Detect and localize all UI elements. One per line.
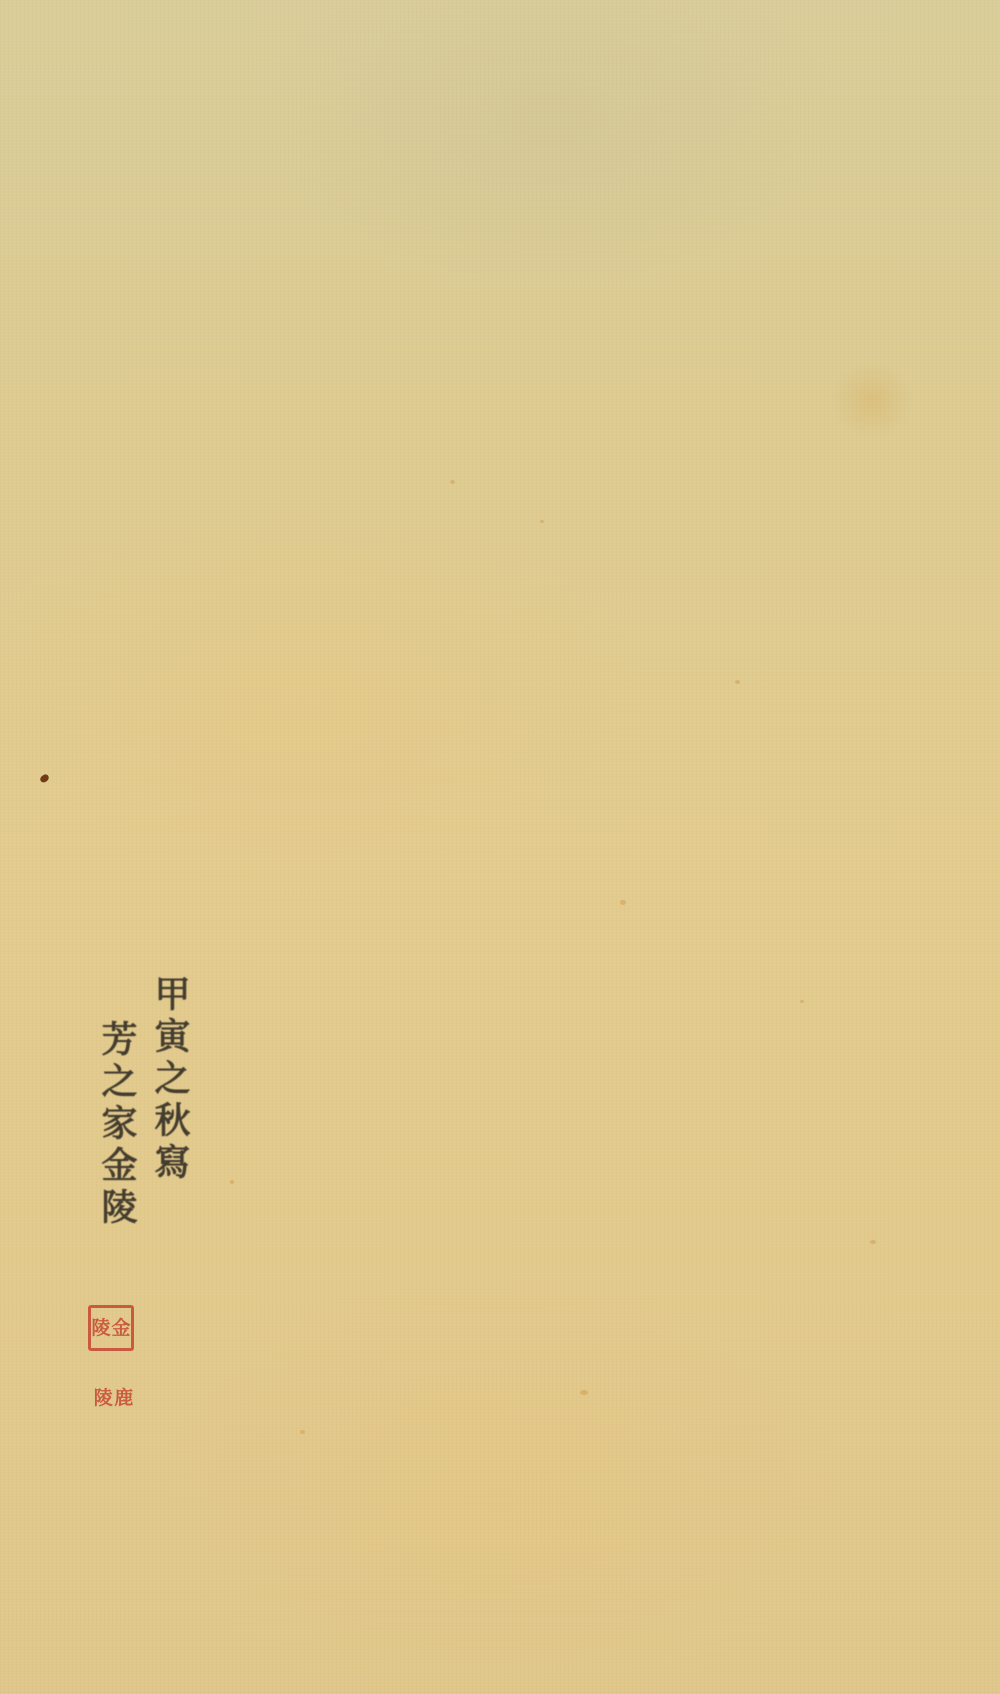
foxing-spot — [620, 900, 626, 905]
foxing-spot — [580, 1390, 588, 1395]
artist-seal-upper: 陵 金 — [88, 1305, 134, 1351]
foxing-spot — [800, 1000, 804, 1003]
foxing-spot — [735, 680, 740, 684]
foxing-spot — [230, 1180, 234, 1184]
foxing-spot — [450, 480, 455, 484]
foxing-spot — [300, 1430, 305, 1434]
seal-character: 陵 — [91, 1318, 110, 1338]
artist-seal-lower: 陵 鹿 — [90, 1375, 137, 1421]
seal-character: 陵 — [94, 1388, 113, 1408]
inscription-column-right: 甲寅之秋寫 — [150, 975, 190, 1185]
silk-scroll-surface: 甲寅之秋寫 芳之家金陵 陵 金 陵 鹿 — [0, 0, 1000, 1694]
silk-weave-texture — [0, 0, 1000, 1694]
seal-character: 鹿 — [114, 1388, 133, 1408]
foxing-spot — [540, 520, 544, 523]
foxing-spot — [870, 1240, 876, 1244]
inscription-column-left: 芳之家金陵 — [95, 1020, 139, 1230]
seal-character: 金 — [111, 1318, 130, 1338]
dark-stain — [39, 773, 50, 784]
